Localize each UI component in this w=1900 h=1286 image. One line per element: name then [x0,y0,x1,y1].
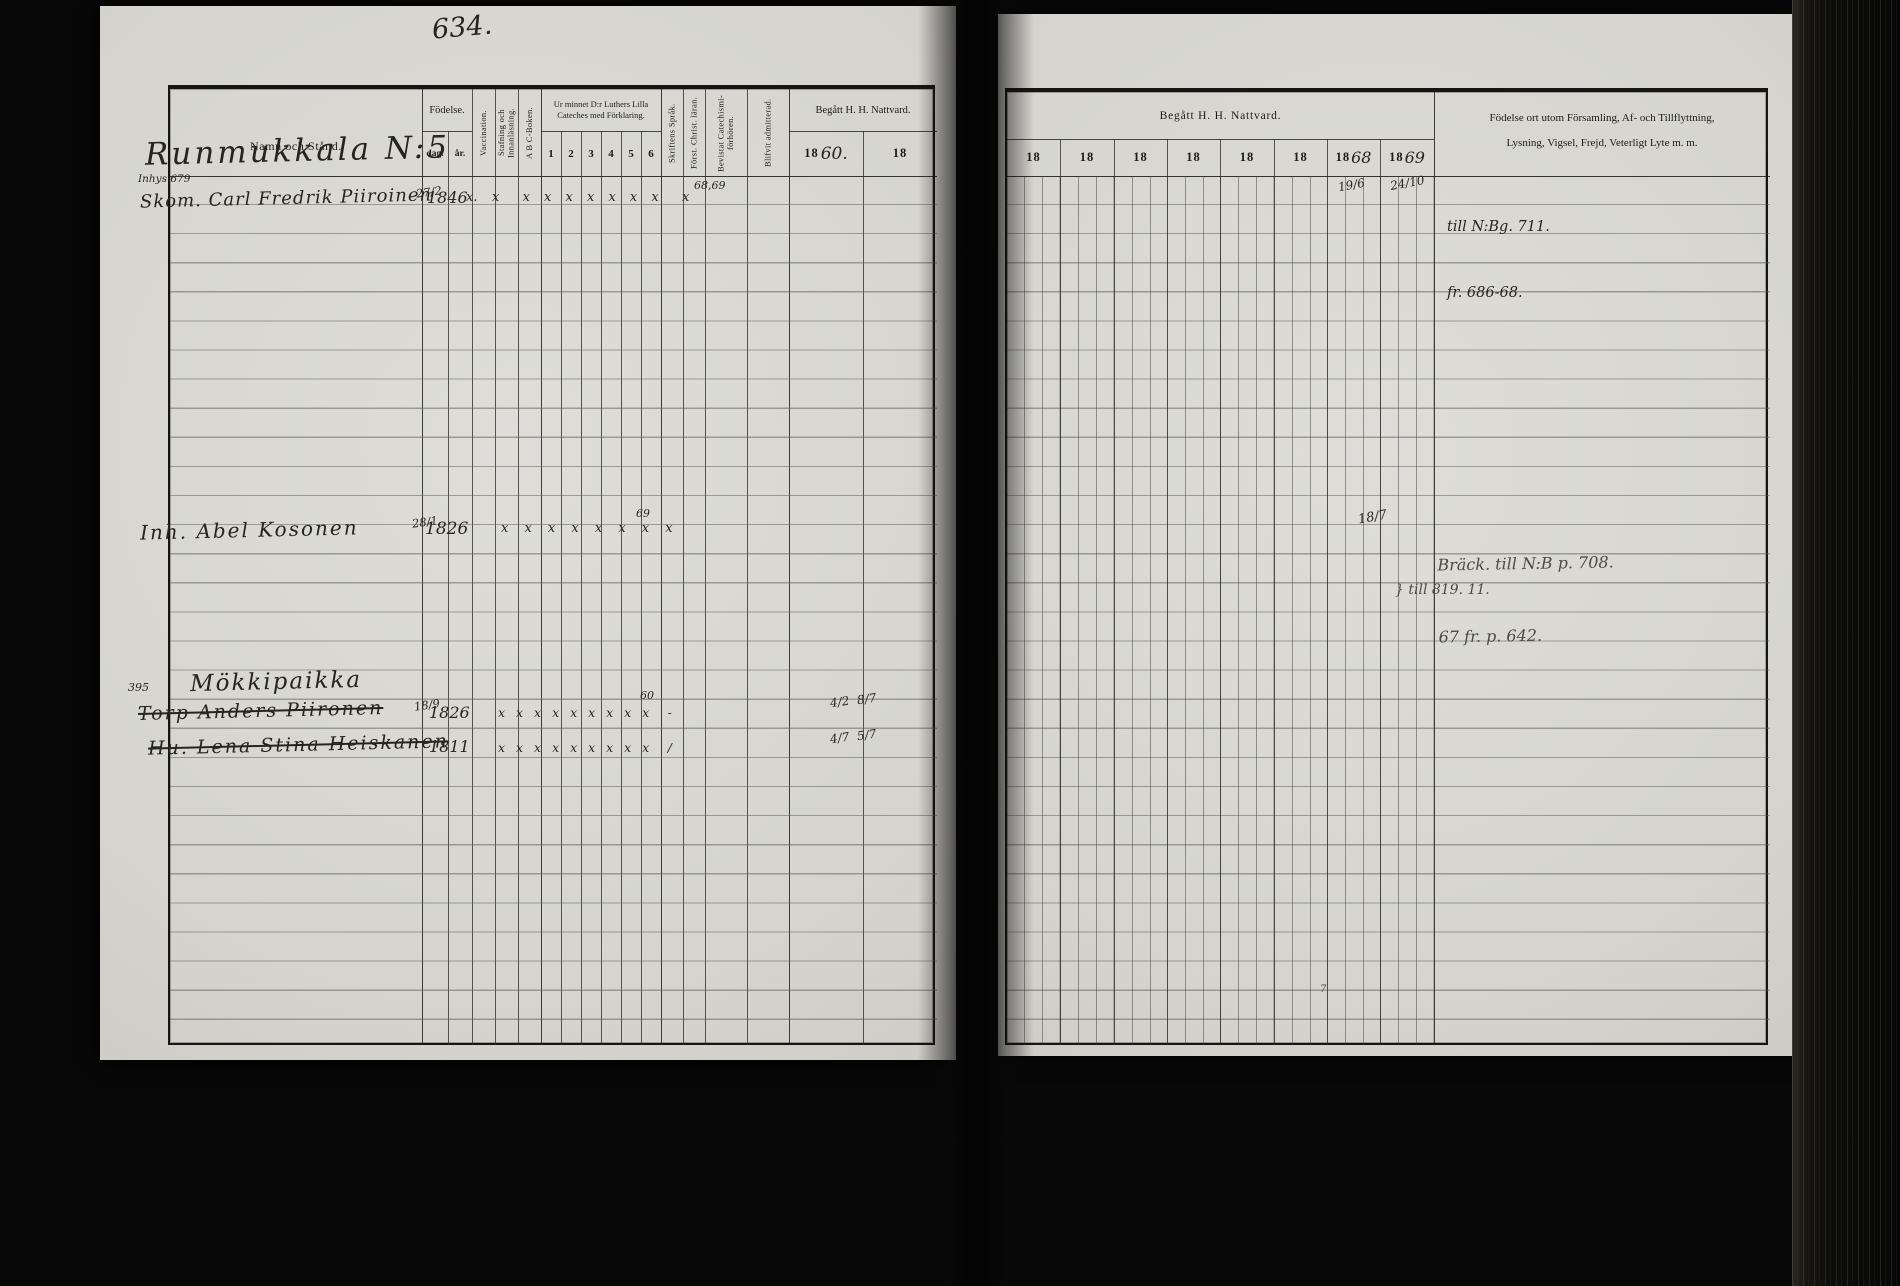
bevistat-header: Bevistat Catechismi-förhören. [705,91,747,175]
entry-birth-year: 1826 [425,519,468,539]
year-column [1167,176,1220,1045]
grid-line [1327,139,1328,176]
grid-line [1220,139,1221,176]
left-page: 634. Namn och Stånd. Födelse. dag. år. V… [100,6,956,1060]
fodelse-header: Födelse. [422,89,472,131]
entry-marks: x x x x x x x x [501,521,679,536]
year-column [1220,176,1274,1045]
remarks-header-line-2: Lysning, Vigsel, Frejd, Veterligt Lyte m… [1434,131,1770,156]
section-margin-note: 395 [128,681,149,694]
cateches-col-4: 4 [601,131,621,176]
year-label-hand: 68 [1351,148,1371,167]
cateches-col-6: 6 [641,131,661,176]
remarks-header: Födelse ort utom Församling, Af- och Til… [1434,92,1770,176]
entry-birth-year: 1846 [427,188,468,207]
grid-line [1274,139,1275,176]
entry-birth-year: 1826 [429,703,470,722]
grid-line [1380,139,1381,176]
remark-line: Bräck. till N:B p. 708. [1437,550,1614,577]
cateches-col-5: 5 [621,131,641,176]
entry-marks: x x x x x x x x x [492,190,694,205]
entry-marks: x x x x x x x x x / [498,740,675,755]
entry-vaccination-mark: x. [466,190,477,205]
year-label: 18 [1274,139,1327,176]
entry-bevistat-note: 68,69 [694,179,726,192]
abc-boken-header: A B C-Boken. [518,91,541,175]
entry-nattvard-date: 4/2 [829,694,850,711]
grid-line [1060,139,1061,176]
remark-note: } till 819. 11. [1395,582,1490,598]
entry-marks: x x x x x x x x x - [498,705,675,720]
grid-line [1434,92,1435,1045]
begatt-header-right: Begått H. H. Nattvard. [1007,92,1434,139]
begatt-year-1: 18 60. [789,131,863,176]
year-column [1114,176,1167,1045]
year-label-hand: 69 [1405,148,1425,167]
cateches-col-1: 1 [541,131,561,176]
section-heading: Mökkipaikka [190,667,363,697]
cateches-col-3: 3 [581,131,601,176]
entry-nattvard-date: 8/7 [856,691,877,708]
book-edge-right [1792,0,1900,1286]
begatt-header-left: Begått H. H. Nattvard. [789,89,937,131]
skriftens-header: Skriftens Språk. [661,91,683,175]
year-label: 18 [1220,139,1274,176]
year-column [1327,176,1380,1045]
year-label: 18 69 [1380,139,1434,176]
begatt-year-1-hand: 60. [821,144,848,164]
remark-line: till N:Bg. 711. [1447,216,1550,238]
remark-line: fr. 686-68. [1447,282,1550,304]
entry-bevistat-note: 69 [636,507,650,520]
blifvit-header: Blifvit admitterad. [747,91,789,175]
right-page: Begått H. H. Nattvard. Födelse ort utom … [998,14,1792,1056]
remark-line: 67 fr. p. 642. [1438,622,1615,649]
year-column [1274,176,1327,1045]
year-column [1060,176,1114,1045]
small-mark: 7 [1320,984,1326,995]
entry-birth-year: 1811 [429,737,470,756]
entry-nattvard-date: 5/7 [856,727,877,744]
book-gutter-shadow [918,0,1034,1286]
entry-admitted-note: 60 [640,689,654,702]
grid-line [1114,139,1115,176]
year-label: 18 [1167,139,1220,176]
vaccination-header: Vaccination. [472,91,495,175]
remark-note: till N:Bg. 711. fr. 686-68. [1447,172,1550,348]
year-label: 18 [1114,139,1167,176]
left-table-frame: Namn och Stånd. Födelse. dag. år. Vaccin… [168,85,935,1045]
year-label: 18 68 [1327,139,1380,176]
year-column [1380,176,1434,1045]
remark-note: Bräck. till N:B p. 708. 67 fr. p. 642. [1436,502,1616,697]
book-spine [0,0,100,1286]
year-label: 18 [1060,139,1114,176]
remarks-header-line-1: Födelse ort utom Församling, Af- och Til… [1434,106,1770,131]
stafning-header: Stafning och Innanläsning. [495,91,518,175]
right-table-frame: Begått H. H. Nattvard. Födelse ort utom … [1005,88,1768,1045]
ruled-body-left [170,176,937,1045]
margin-note: Inhys 679 [138,173,190,185]
grid-line [1167,139,1168,176]
page-number: 634. [431,9,494,45]
book-photo: 634. Namn och Stånd. Födelse. dag. år. V… [0,0,1900,1286]
village-heading: Runmukkala N:5 [145,129,451,172]
forst-christ-header: Först. Christ. läran. [683,91,705,175]
cateches-col-2: 2 [561,131,581,176]
cateches-header: Ur minnet D:r Luthers Lilla Cateches med… [541,89,661,131]
entry-nattvard-date: 4/7 [829,730,850,747]
ar-header: år. [448,131,472,176]
